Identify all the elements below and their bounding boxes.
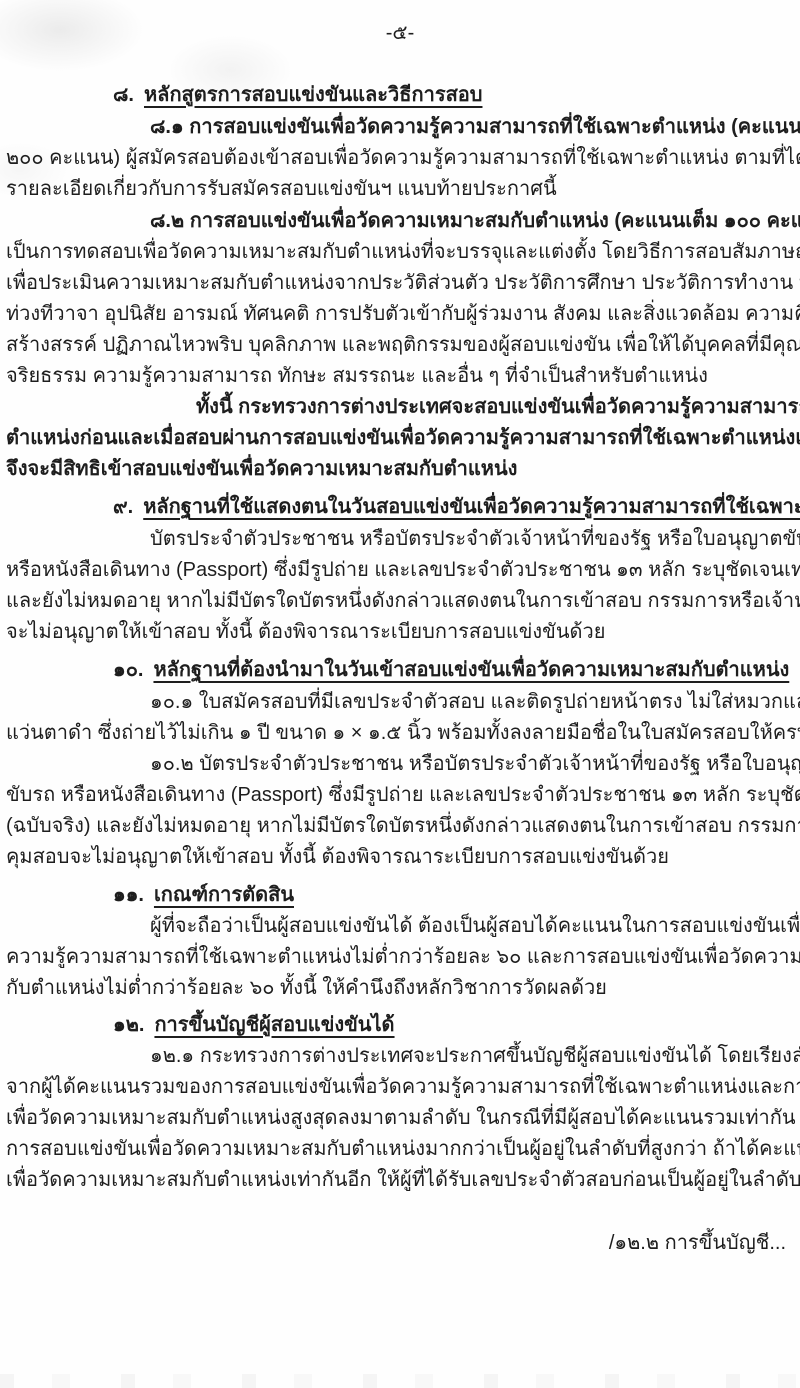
section-12-number: ๑๒.	[113, 1014, 144, 1036]
section-8-note-line-3: จึงจะมีสิทธิเข้าสอบแข่งขันเพื่อวัดความเห…	[6, 454, 517, 485]
page-number: -๕-	[0, 18, 800, 49]
clause-8-2-line-2: เป็นการทดสอบเพื่อวัดความเหมาะสมกับตำแหน่…	[6, 237, 800, 268]
section-8-note-line-1: ทั้งนี้ กระทรวงการต่างประเทศจะสอบแข่งขัน…	[196, 392, 800, 423]
section-11-line-2: ความรู้ความสามารถที่ใช้เฉพาะตำแหน่งไม่ต่…	[6, 942, 800, 973]
clause-8-2-line-6: จริยธรรม ความรู้ความสามารถ ทักษะ สมรรถนะ…	[6, 361, 708, 392]
clause-8-2-line-4: ท่วงทีวาจา อุปนิสัย อารมณ์ ทัศนคติ การปร…	[6, 299, 800, 330]
clause-10-2-line-2: ขับรถ หรือหนังสือเดินทาง (Passport) ซึ่ง…	[6, 780, 800, 811]
clause-10-1-line-1: ๑๐.๑ ใบสมัครสอบที่มีเลขประจำตัวสอบ และติ…	[150, 687, 800, 718]
clause-8-2-line-5: สร้างสรรค์ ปฏิภาณไหวพริบ บุคลิกภาพ และพฤ…	[6, 330, 800, 361]
scan-noise-strip	[0, 1374, 800, 1388]
document-page: -๕- ๘.หลักสูตรการสอบแข่งขันและวิธีการสอบ…	[0, 0, 800, 1388]
clause-8-2-line-3: เพื่อประเมินความเหมาะสมกับตำแหน่งจากประว…	[6, 268, 800, 299]
clause-10-1-line-2: แว่นตาดำ ซึ่งถ่ายไว้ไม่เกิน ๑ ปี ขนาด ๑ …	[6, 718, 800, 749]
section-12-heading: ๑๒.การขึ้นบัญชีผู้สอบแข่งขันได้	[113, 1010, 395, 1041]
clause-12-1-line-2: จากผู้ได้คะแนนรวมของการสอบแข่งขันเพื่อวั…	[6, 1072, 800, 1103]
clause-10-2-line-1: ๑๐.๒ บัตรประจำตัวประชาชน หรือบัตรประจำตั…	[150, 749, 800, 780]
section-11-line-3: กับตำแหน่งไม่ต่ำกว่าร้อยละ ๖๐ ทั้งนี้ ให…	[6, 973, 607, 1004]
footer-continuation: /๑๒.๒ การขึ้นบัญชี...	[609, 1228, 786, 1259]
section-9-line-1: บัตรประจำตัวประชาชน หรือบัตรประจำตัวเจ้า…	[150, 524, 800, 555]
clause-12-1-line-4: การสอบแข่งขันเพื่อวัดความเหมาะสมกับตำแหน…	[6, 1134, 800, 1165]
clause-12-1-line-5: เพื่อวัดความเหมาะสมกับตำแหน่งเท่ากันอีก …	[6, 1165, 800, 1196]
clause-8-1-line-2: ๒๐๐ คะแนน) ผู้สมัครสอบต้องเข้าสอบเพื่อวั…	[6, 143, 800, 174]
clause-8-1-line-1: ๘.๑ การสอบแข่งขันเพื่อวัดความรู้ความสามา…	[150, 112, 800, 143]
clause-8-2-line-1: ๘.๒ การสอบแข่งขันเพื่อวัดความเหมาะสมกับต…	[150, 206, 800, 237]
section-11-number: ๑๑.	[113, 884, 144, 906]
section-10-title: หลักฐานที่ต้องนำมาในวันเข้าสอบแข่งขันเพื…	[153, 659, 789, 681]
section-9-title: หลักฐานที่ใช้แสดงตนในวันสอบแข่งขันเพื่อว…	[143, 496, 800, 518]
section-10-number: ๑๐.	[113, 659, 143, 681]
clause-12-1-line-3: เพื่อวัดความเหมาะสมกับตำแหน่งสูงสุดลงมาต…	[6, 1103, 800, 1134]
section-12-title: การขึ้นบัญชีผู้สอบแข่งขันได้	[154, 1014, 394, 1036]
section-9-line-3: และยังไม่หมดอายุ หากไม่มีบัตรใดบัตรหนึ่ง…	[6, 586, 800, 617]
section-11-title: เกณฑ์การตัดสิน	[154, 884, 294, 906]
clause-8-1-line-3: รายละเอียดเกี่ยวกับการรับสมัครสอบแข่งขัน…	[6, 174, 557, 205]
section-8-note-line-2: ตำแหน่งก่อนและเมื่อสอบผ่านการสอบแข่งขันเ…	[6, 423, 800, 454]
clause-10-2-line-4: คุมสอบจะไม่อนุญาตให้เข้าสอบ ทั้งนี้ ต้อง…	[6, 842, 669, 873]
section-8-heading: ๘.หลักสูตรการสอบแข่งขันและวิธีการสอบ	[113, 80, 482, 111]
section-9-number: ๙.	[113, 496, 133, 518]
section-9-line-4: จะไม่อนุญาตให้เข้าสอบ ทั้งนี้ ต้องพิจารณ…	[6, 617, 605, 648]
section-11-line-1: ผู้ที่จะถือว่าเป็นผู้สอบแข่งขันได้ ต้องเ…	[150, 911, 800, 942]
section-9-heading: ๙.หลักฐานที่ใช้แสดงตนในวันสอบแข่งขันเพื่…	[113, 492, 800, 523]
clause-12-1-line-1: ๑๒.๑ กระทรวงการต่างประเทศจะประกาศขึ้นบัญ…	[150, 1041, 800, 1072]
section-9-line-2: หรือหนังสือเดินทาง (Passport) ซึ่งมีรูปถ…	[6, 555, 800, 586]
clause-10-2-line-3: (ฉบับจริง) และยังไม่หมดอายุ หากไม่มีบัตร…	[6, 811, 800, 842]
section-11-heading: ๑๑.เกณฑ์การตัดสิน	[113, 880, 294, 911]
section-8-title: หลักสูตรการสอบแข่งขันและวิธีการสอบ	[144, 84, 482, 106]
section-8-number: ๘.	[113, 84, 134, 106]
section-10-heading: ๑๐.หลักฐานที่ต้องนำมาในวันเข้าสอบแข่งขัน…	[113, 655, 789, 686]
